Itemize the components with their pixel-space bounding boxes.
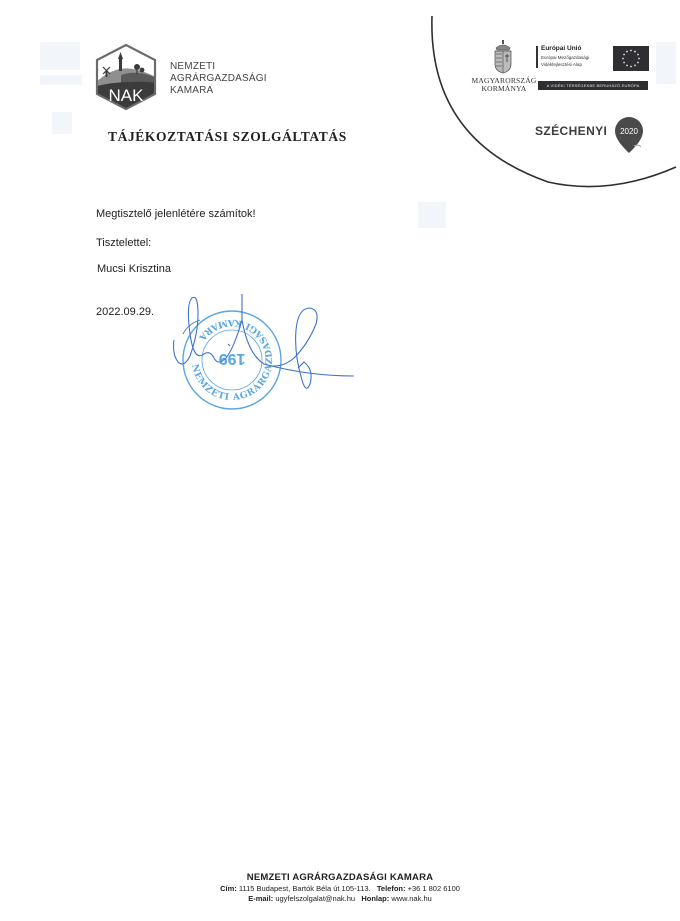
svg-text:2020: 2020 xyxy=(620,127,638,136)
email-label: E-mail: xyxy=(248,894,273,903)
email-link[interactable]: ugyfelszolgalat@nak.hu xyxy=(275,894,355,903)
eu-title: Európai Unió xyxy=(541,45,581,52)
eu-divider xyxy=(536,46,538,68)
government-name-line: KORMÁNYA xyxy=(470,85,538,93)
address-value: 1115 Budapest, Bartók Béla út 105-113. xyxy=(239,884,371,893)
government-name: MAGYARORSZÁG KORMÁNYA xyxy=(470,77,538,93)
greeting-text: Megtisztelő jelenlétére számítok! xyxy=(96,208,256,220)
eu-fund-line: Vidékfejlesztési Alap xyxy=(541,62,582,67)
letter-date: 2022.09.29. xyxy=(96,306,154,318)
eu-flag-icon xyxy=(613,46,649,71)
address-label: Cím: xyxy=(220,884,237,893)
stamp-number: 199 xyxy=(219,350,246,367)
decorative-arc xyxy=(0,0,680,200)
web-link[interactable]: www.nak.hu xyxy=(391,894,431,903)
eu-banner: A VIDÉKI TÉRSÉGEKBE BERUHÁZÓ EURÓPA xyxy=(538,81,648,90)
closing-text: Tisztelettel: xyxy=(96,237,151,249)
official-stamp: NEMZETI AGRÁRGAZDASÁGI KAMARA 199 xyxy=(168,284,358,414)
footer-contact-line: Cím: 1115 Budapest, Bartók Béla út 105-1… xyxy=(0,884,680,894)
footer: NEMZETI AGRÁRGAZDASÁGI KAMARA Cím: 1115 … xyxy=(0,872,680,904)
coat-of-arms-icon xyxy=(492,40,514,74)
signer-name: Mucsi Krisztina xyxy=(97,263,171,275)
footer-org-name: NEMZETI AGRÁRGAZDASÁGI KAMARA xyxy=(0,872,680,884)
bleed-through-mark xyxy=(418,202,446,228)
web-label: Honlap: xyxy=(361,894,389,903)
footer-contact-line: E-mail: ugyfelszolgalat@nak.hu Honlap: w… xyxy=(0,894,680,904)
szechenyi-pin-icon: 2020 xyxy=(614,116,644,154)
phone-label: Telefon: xyxy=(377,884,406,893)
phone-value: +36 1 802 6100 xyxy=(408,884,460,893)
szechenyi-label: SZÉCHENYI xyxy=(535,124,607,138)
eu-fund-line: Európai Mezőgazdasági xyxy=(541,55,589,60)
